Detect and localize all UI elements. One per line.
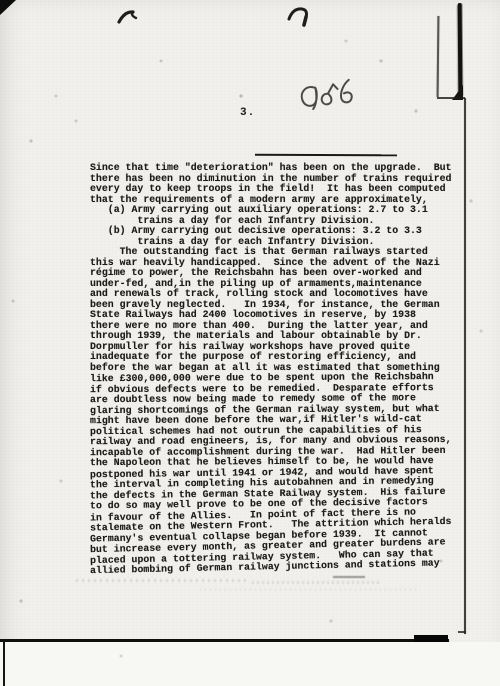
- text-line: every day to keep troops in the field! I…: [90, 184, 470, 195]
- page-edge-line-heavy: [458, 3, 463, 97]
- text-line: through 1939, the materials and labour o…: [90, 331, 470, 342]
- page-bottom-left-edge-line: [3, 641, 5, 686]
- page-bottom-edge-blob: [414, 635, 448, 642]
- scanned-page: 3. Since that time "deterioration" has b…: [0, 0, 500, 686]
- page-number: 3.: [240, 107, 255, 119]
- scan-noise-band: [76, 579, 246, 582]
- scanner-background: [0, 642, 500, 686]
- scan-corner-artifact: [0, 0, 16, 15]
- handwritten-check-mark-icon: [116, 7, 142, 27]
- body-text: Since that time "deterioration" has been…: [90, 163, 470, 573]
- typed-rule-line: [255, 154, 397, 156]
- text-line: and renewals of track, rolling stock and…: [90, 289, 470, 300]
- text-line: inadequate for the purpose of restoring …: [90, 352, 470, 363]
- scan-dust-speckles: [0, 0, 2, 2]
- scan-noise-dash: [333, 576, 365, 578]
- handwritten-number: [288, 71, 361, 119]
- text-line: The outstanding fact is that German rail…: [90, 247, 470, 258]
- handwritten-hook-mark-icon: [285, 5, 313, 29]
- text-line: Since that time "deterioration" has been…: [90, 163, 470, 174]
- text-line: State Railways had 2400 locomotives in r…: [90, 310, 470, 321]
- page-right-edge-foot: [458, 631, 466, 633]
- text-line: (b) Army carrying out decisive operation…: [90, 226, 470, 237]
- scan-noise-band: [200, 588, 420, 591]
- page-edge-line-thin: [437, 16, 440, 97]
- text-line: régime to power, the Reichsbahn has been…: [90, 268, 470, 279]
- page-edge-join: [437, 97, 465, 99]
- scan-noise-band: [252, 581, 382, 584]
- text-line: (a) Army carrying out auxiliary operatio…: [90, 205, 470, 216]
